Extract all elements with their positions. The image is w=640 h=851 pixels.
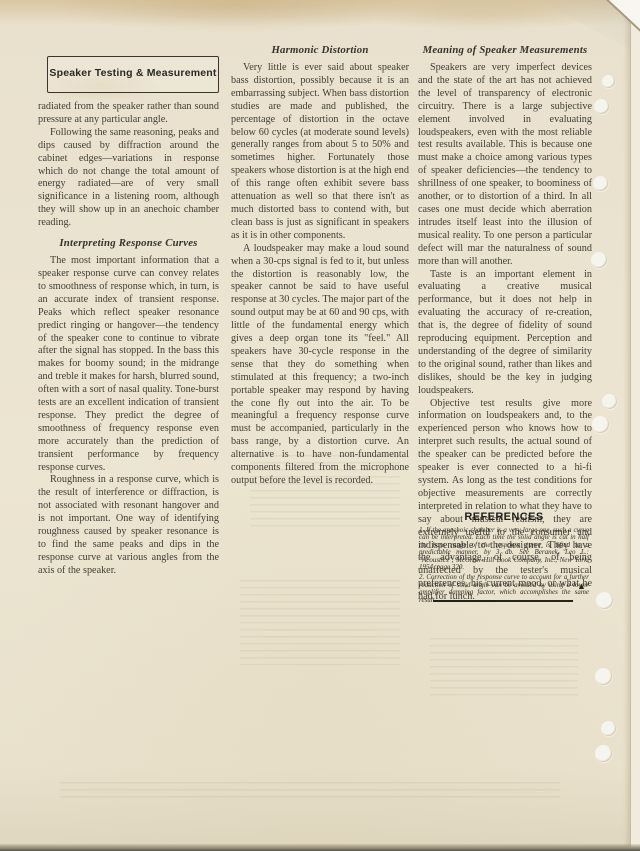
punch-hole — [595, 668, 612, 685]
show-through-ghost — [430, 638, 578, 698]
column-left: radiated from the speaker rather than so… — [38, 101, 219, 578]
section-heading-harmonic-distortion: Harmonic Distortion — [231, 44, 409, 57]
punch-hole — [591, 252, 607, 268]
show-through-ghost — [60, 782, 560, 800]
body-paragraph: Roughness in a response curve, which is … — [38, 474, 219, 577]
column-middle: Harmonic Distortion Very little is ever … — [231, 44, 409, 488]
scanned-magazine-page: Speaker Testing & Measurement radiated f… — [0, 0, 640, 851]
body-paragraph: Following the same reasoning, peaks and … — [38, 127, 219, 230]
punch-hole — [602, 394, 617, 409]
punch-hole — [602, 75, 615, 88]
article-end-triangle-icon: ▲ — [577, 582, 586, 591]
punch-hole — [592, 416, 609, 433]
body-paragraph: A loudspeaker may make a loud sound when… — [231, 243, 409, 488]
references-block: REFERENCES 1. If the anechoic chamber is… — [419, 511, 589, 607]
punch-hole — [595, 745, 612, 762]
references-heading: REFERENCES — [419, 511, 589, 523]
page-bottom-edge — [0, 844, 640, 851]
section-heading-meaning-of-speaker-measurements: Meaning of Speaker Measurements — [418, 44, 592, 57]
page-right-edge — [630, 0, 640, 851]
body-paragraph: Taste is an important element in evaluat… — [418, 269, 592, 398]
punch-hole — [594, 99, 609, 114]
body-paragraph: Speakers are very imperfect devices and … — [418, 62, 592, 269]
punch-hole — [593, 176, 608, 191]
body-paragraph: radiated from the speaker rather than so… — [38, 101, 219, 127]
punch-hole — [596, 592, 613, 609]
article-title-box: Speaker Testing & Measurement — [47, 56, 219, 93]
show-through-ghost — [240, 580, 400, 665]
references-divider-rule — [433, 600, 573, 602]
punch-hole — [601, 721, 616, 736]
article-title: Speaker Testing & Measurement — [49, 67, 216, 79]
body-paragraph: The most important information that a sp… — [38, 255, 219, 474]
section-heading-interpreting-response-curves: Interpreting Response Curves — [38, 237, 219, 250]
body-paragraph: Very little is ever said about speaker b… — [231, 62, 409, 243]
reference-item: 1. If the anechoic chamber is a very lar… — [419, 527, 589, 571]
